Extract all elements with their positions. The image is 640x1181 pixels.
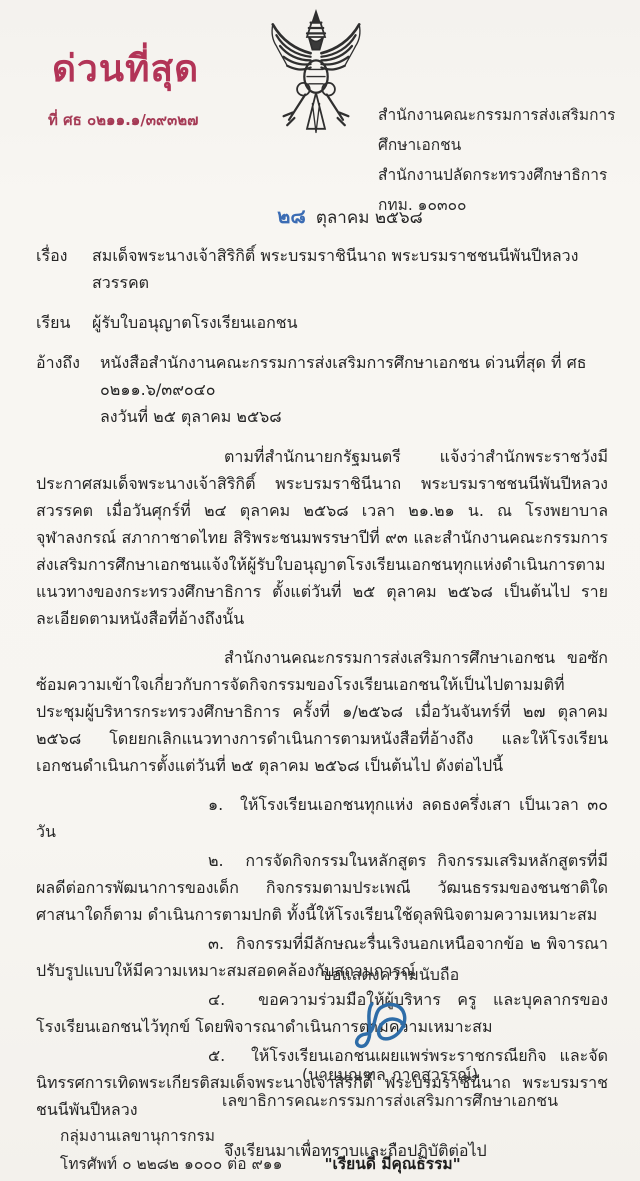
signoff-phrase: ขอแสดงความนับถือ (195, 962, 585, 988)
list-item-1: ๑. ให้โรงเรียนเอกชนทุกแห่ง ลดธงครึ่งเสา … (36, 791, 608, 845)
subject-label: เรื่อง (36, 242, 92, 296)
footer-motto: "เรียนดี มีคุณธรรม" (324, 1150, 460, 1178)
agency-line-1: สำนักงานคณะกรรมการส่งเสริมการศึกษาเอกชน (378, 100, 640, 160)
official-letter-page: ด่วนที่สุด ที่ ศธ ๐๒๑๑.๑/๓๙๓๒๗ (0, 0, 640, 1181)
subject-row: เรื่อง สมเด็จพระนางเจ้าสิริกิติ์ พระบรมร… (36, 242, 608, 296)
signer-name: (นายมณฑล ภาคสุวรรณ์) (195, 1062, 585, 1088)
item-1-number: ๑. (208, 795, 223, 814)
reference-line-2: ลงวันที่ ๒๕ ตุลาคม ๒๕๖๘ (100, 407, 282, 426)
footer-phone-row: โทรศัพท์ ๐ ๒๒๘๒ ๑๐๐๐ ต่อ ๙๑๑ "เรียนดี มี… (60, 1150, 600, 1178)
footer-unit: กลุ่มงานเลขานุการกรม (60, 1122, 600, 1150)
signer-title: เลขาธิการคณะกรรมการส่งเสริมการศึกษาเอกชน (195, 1088, 585, 1114)
urgency-stamp: ด่วนที่สุด (52, 50, 199, 87)
date-day-stamp: ๒๘ (277, 204, 306, 228)
agency-line-2: สำนักงานปลัดกระทรวงศึกษาธิการ (378, 160, 640, 190)
reference-text: หนังสือสำนักงานคณะกรรมการส่งเสริมการศึกษ… (100, 349, 608, 430)
recipient-text: ผู้รับใบอนุญาตโรงเรียนเอกชน (92, 309, 608, 336)
paragraph-2: สำนักงานคณะกรรมการส่งเสริมการศึกษาเอกชน … (36, 644, 608, 779)
letter-date: ๒๘ตุลาคม ๒๕๖๘ (210, 200, 490, 232)
reference-line-1: หนังสือสำนักงานคณะกรรมการส่งเสริมการศึกษ… (100, 353, 587, 399)
letter-reference-number: ที่ ศธ ๐๒๑๑.๑/๓๙๓๒๗ (48, 108, 198, 132)
subject-text: สมเด็จพระนางเจ้าสิริกิติ์ พระบรมราชินีนา… (92, 242, 608, 296)
item-2-number: ๒. (208, 851, 224, 870)
date-month-year: ตุลาคม ๒๕๖๘ (316, 208, 423, 228)
footer-phone: โทรศัพท์ ๐ ๒๒๘๒ ๑๐๐๐ ต่อ ๙๑๑ (60, 1150, 282, 1178)
list-item-2: ๒. การจัดกิจกรรมในหลักสูตร กิจกรรมเสริมห… (36, 847, 608, 928)
item-1-text: ให้โรงเรียนเอกชนทุกแห่ง ลดธงครึ่งเสา เป็… (36, 795, 608, 841)
reference-label: อ้างถึง (36, 349, 100, 430)
handwritten-signature (348, 994, 432, 1060)
letter-footer: กลุ่มงานเลขานุการกรม โทรศัพท์ ๐ ๒๒๘๒ ๑๐๐… (60, 1122, 600, 1178)
garuda-emblem-icon (262, 6, 370, 140)
recipient-label: เรียน (36, 309, 92, 336)
item-2-text: การจัดกิจกรรมในหลักสูตร กิจกรรมเสริมหลัก… (36, 851, 608, 924)
recipient-row: เรียน ผู้รับใบอนุญาตโรงเรียนเอกชน (36, 309, 608, 336)
item-3-number: ๓. (208, 934, 224, 953)
reference-row: อ้างถึง หนังสือสำนักงานคณะกรรมการส่งเสริ… (36, 349, 608, 430)
paragraph-1: ตามที่สำนักนายกรัฐมนตรี แจ้งว่าสำนักพระร… (36, 443, 608, 632)
signature-block: ขอแสดงความนับถือ (นายมณฑล ภาคสุวรรณ์) เล… (195, 962, 585, 1114)
